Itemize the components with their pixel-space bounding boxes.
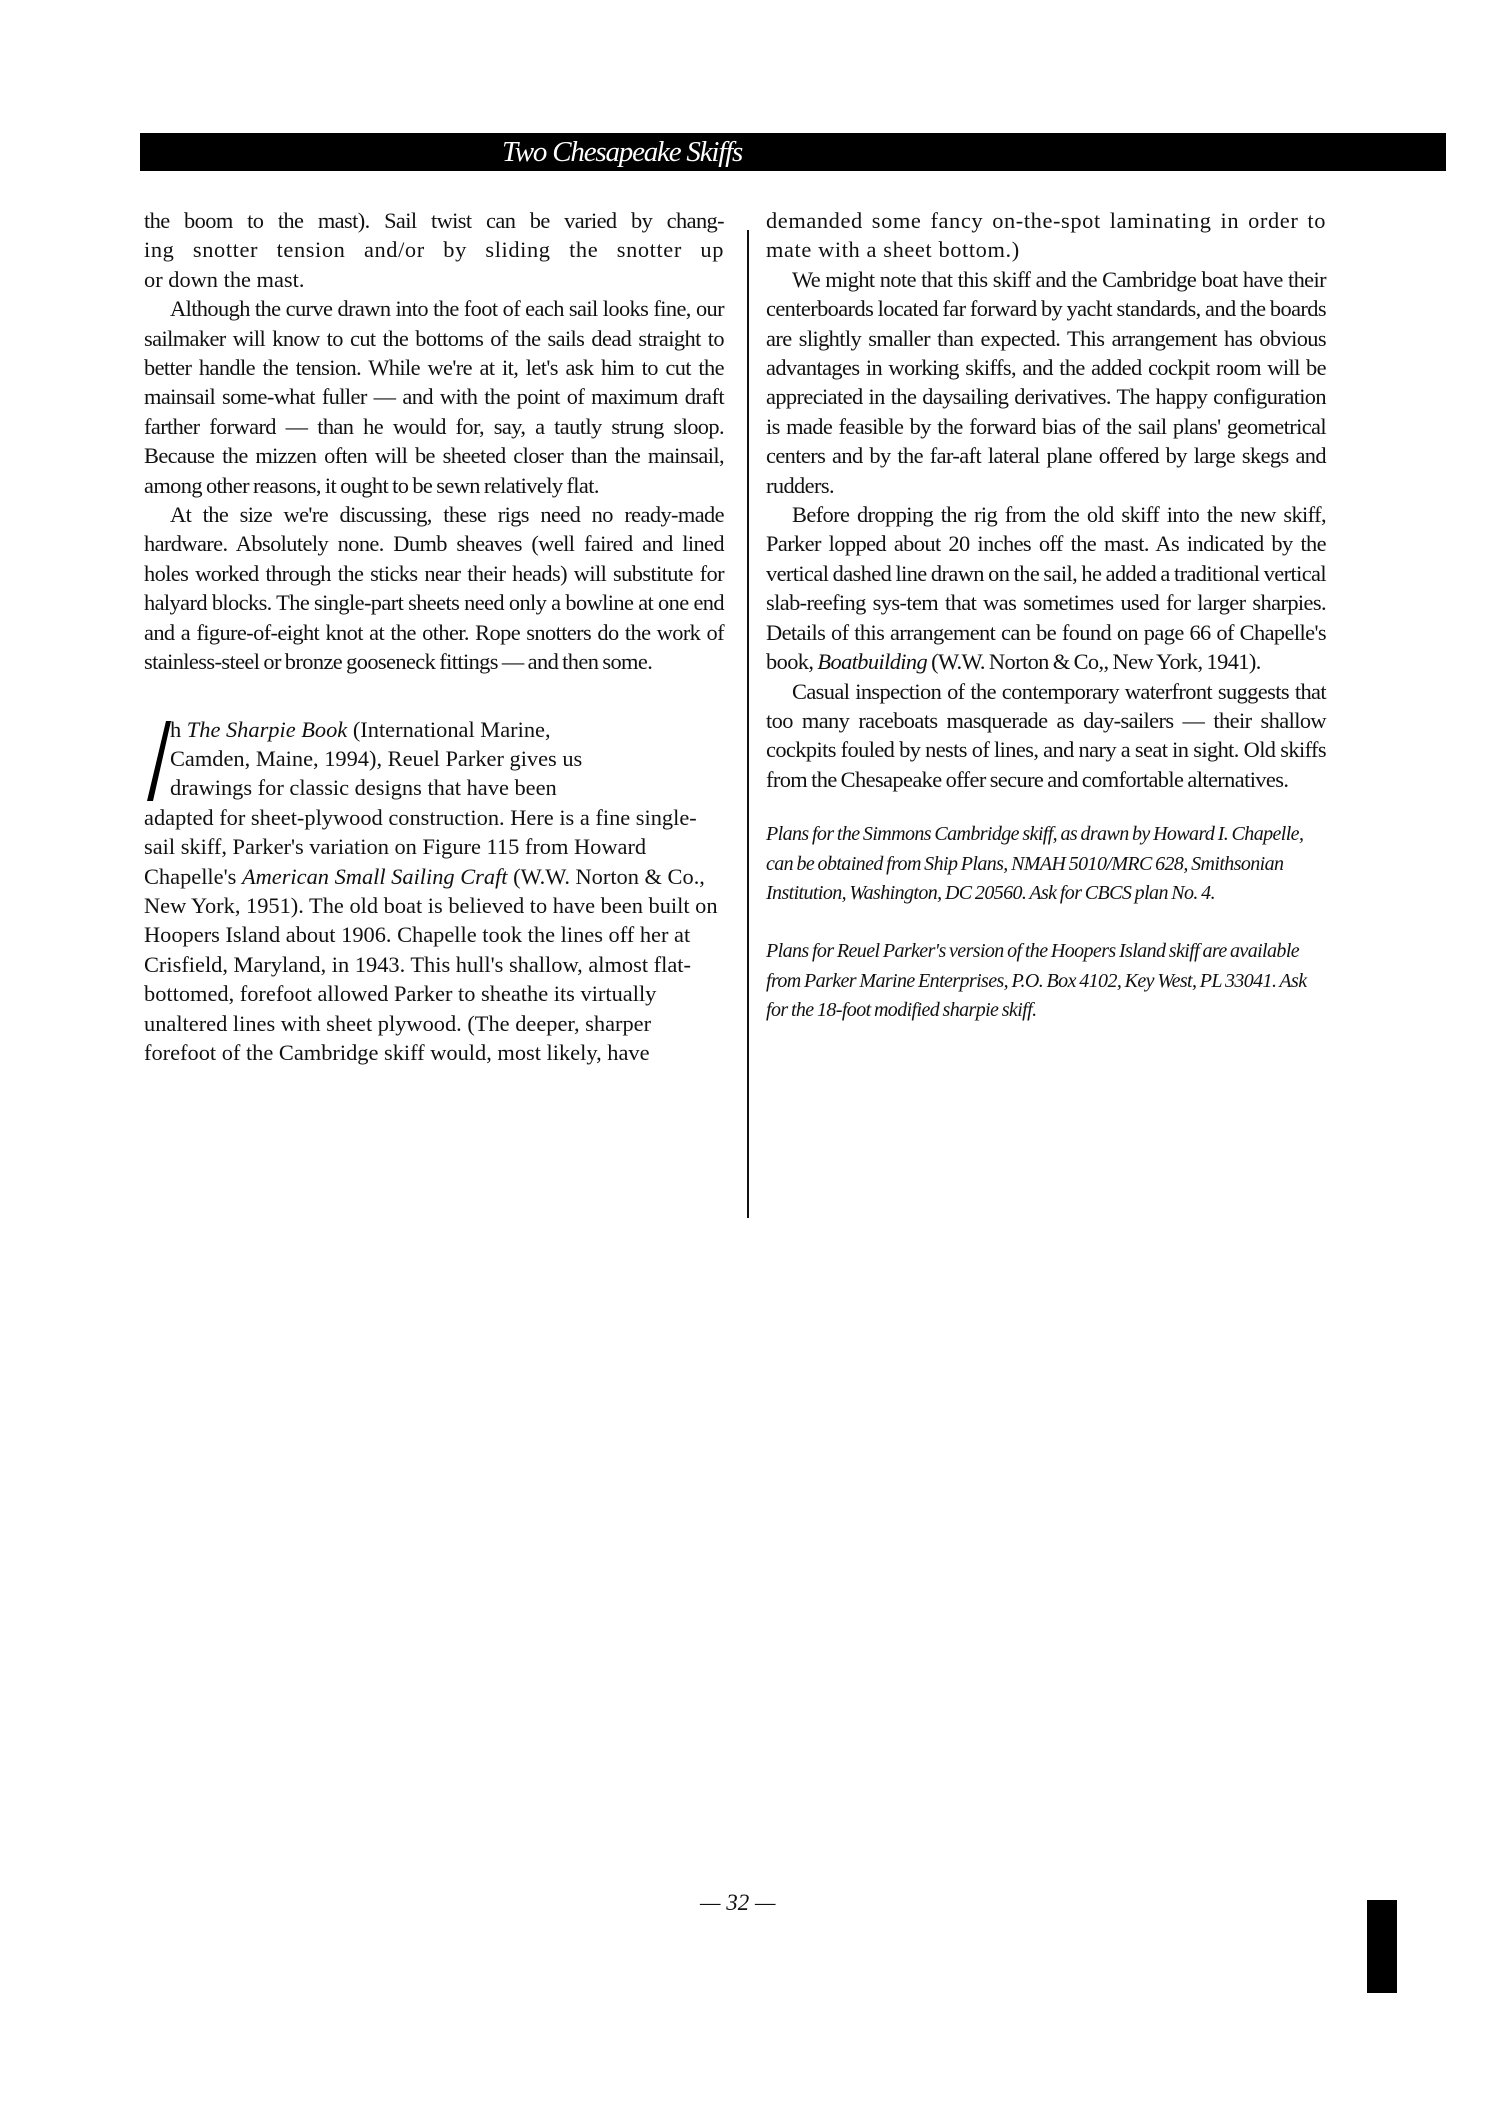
dropcap-line-2: Camden, Maine, 1994), Reuel Parker gives… [144,744,724,773]
left-column: the boom to the mast). Sail twist can be… [144,206,724,1067]
dropcap-section: h The Sharpie Book (International Marine… [144,715,724,1068]
plans-note-hoopers-island: Plans for Reuel Parker's version of the … [766,937,1326,1025]
paragraph-hardware: At the size we're discussing, these rigs… [144,500,724,676]
paragraph-sharpie-book: adapted for sheet-plywood construction. … [144,803,724,1068]
paragraph-continued: the boom to the mast). Sail twist can be… [144,206,724,294]
paragraph-rig: Before dropping the rig from the old ski… [766,500,1326,676]
column-divider [747,230,749,1218]
paragraph-laminating: demanded some fancy on-the-spot laminati… [766,206,1326,265]
running-header-title: Two Chesapeake Skiffs [502,135,742,169]
text-line: the boom to the mast). Sail twist can be… [144,206,724,235]
running-header-bar: Two Chesapeake Skiffs [140,133,1446,171]
dropcap-line-1: h The Sharpie Book (International Marine… [144,715,724,744]
paragraph-sail-foot: Although the curve drawn into the foot o… [144,294,724,500]
dropcap-line-3: drawings for classic designs that have b… [144,773,724,802]
paragraph-waterfront: Casual inspection of the contemporary wa… [766,677,1326,795]
plans-note-cambridge: Plans for the Simmons Cambridge skiff, a… [766,820,1326,908]
paragraph-centerboards: We might note that this skiff and the Ca… [766,265,1326,500]
plans-notes: Plans for the Simmons Cambridge skiff, a… [766,820,1326,1025]
right-column: demanded some fancy on-the-spot laminati… [766,206,1326,1026]
text-line: ing snotter tension and/or by sliding th… [144,235,724,264]
page-number: — 32 — [700,1890,775,1916]
dropcap-slash-icon [147,721,171,801]
text-line: or down the mast. [144,265,724,294]
thumb-index-tab [1367,1900,1397,1993]
